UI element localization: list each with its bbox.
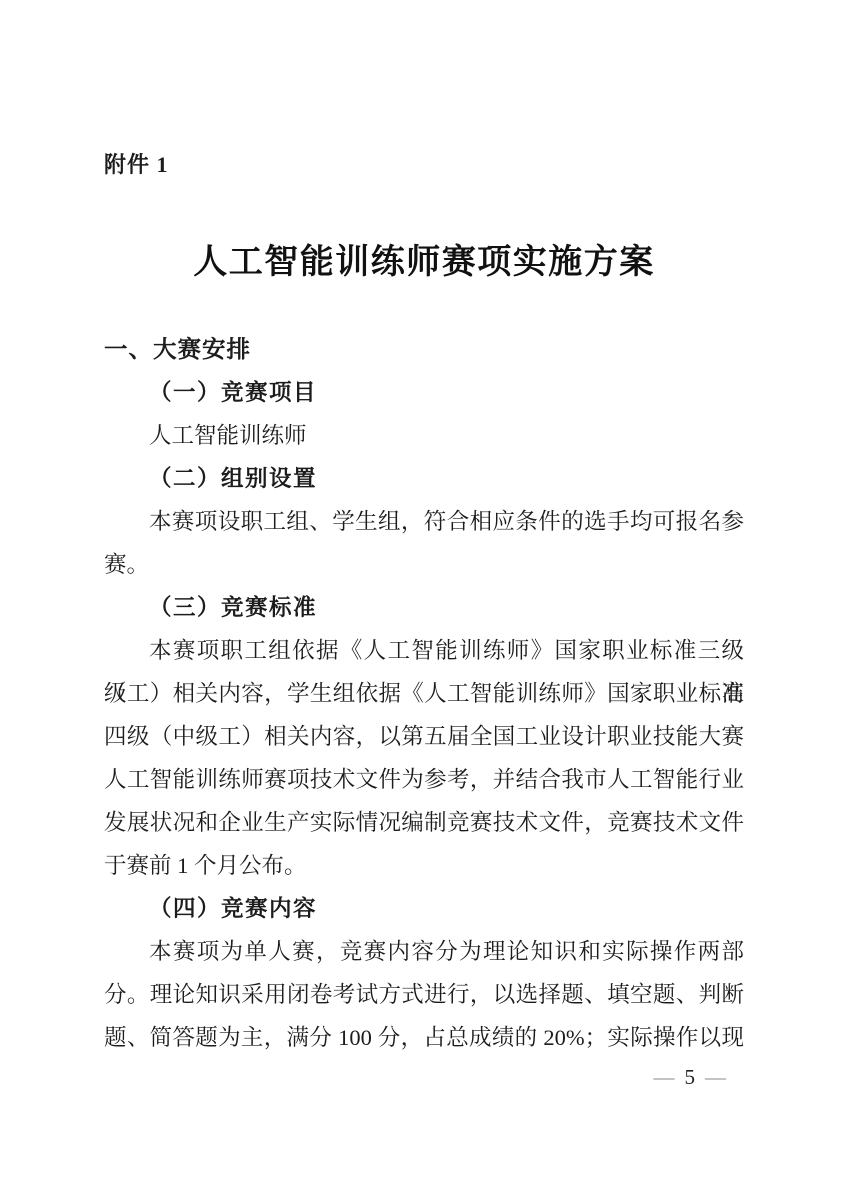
text-line: 人工智能训练师 — [104, 414, 744, 457]
text-line: 本赛项职工组依据《人工智能训练师》国家职业标准三级（高 — [104, 629, 744, 672]
text-line: 本赛项为单人赛，竞赛内容分为理论知识和实际操作两部 — [104, 930, 744, 973]
text-line: 四级（中级工）相关内容，以第五届全国工业设计职业技能大赛 — [104, 715, 744, 758]
page-number: —5— — [654, 1062, 727, 1092]
text-line: 分。理论知识采用闭卷考试方式进行，以选择题、填空题、判断 — [104, 973, 744, 1016]
subsection-heading-1: （一）竞赛项目 — [104, 371, 744, 414]
text-line: 发展状况和企业生产实际情况编制竞赛技术文件，竞赛技术文件 — [104, 801, 744, 844]
text-line: 级工）相关内容，学生组依据《人工智能训练师》国家职业标准 — [104, 672, 744, 715]
page-number-value: 5 — [685, 1065, 696, 1089]
text-line: 于赛前 1 个月公布。 — [104, 844, 744, 887]
page-number-right-dash: — — [705, 1065, 726, 1089]
subsection-heading-2: （二）组别设置 — [104, 457, 744, 500]
subsection-heading-3: （三）竞赛标准 — [104, 586, 744, 629]
document-page: 附件 1 人工智能训练师赛项实施方案 一、大赛安排 （一）竞赛项目 人工智能训练… — [0, 0, 848, 1200]
text-line: 人工智能训练师赛项技术文件为参考，并结合我市人工智能行业 — [104, 758, 744, 801]
document-title: 人工智能训练师赛项实施方案 — [0, 234, 848, 283]
text-line: 本赛项设职工组、学生组，符合相应条件的选手均可报名参 — [104, 500, 744, 543]
attachment-label: 附件 1 — [104, 148, 169, 179]
document-body: 一、大赛安排 （一）竞赛项目 人工智能训练师 （二）组别设置 本赛项设职工组、学… — [104, 328, 744, 1059]
text-line: 赛。 — [104, 543, 744, 586]
subsection-heading-4: （四）竞赛内容 — [104, 887, 744, 930]
page-number-left-dash: — — [654, 1065, 675, 1089]
main-section-heading: 一、大赛安排 — [104, 328, 744, 371]
text-line: 题、简答题为主，满分 100 分，占总成绩的 20%；实际操作以现 — [104, 1016, 744, 1059]
